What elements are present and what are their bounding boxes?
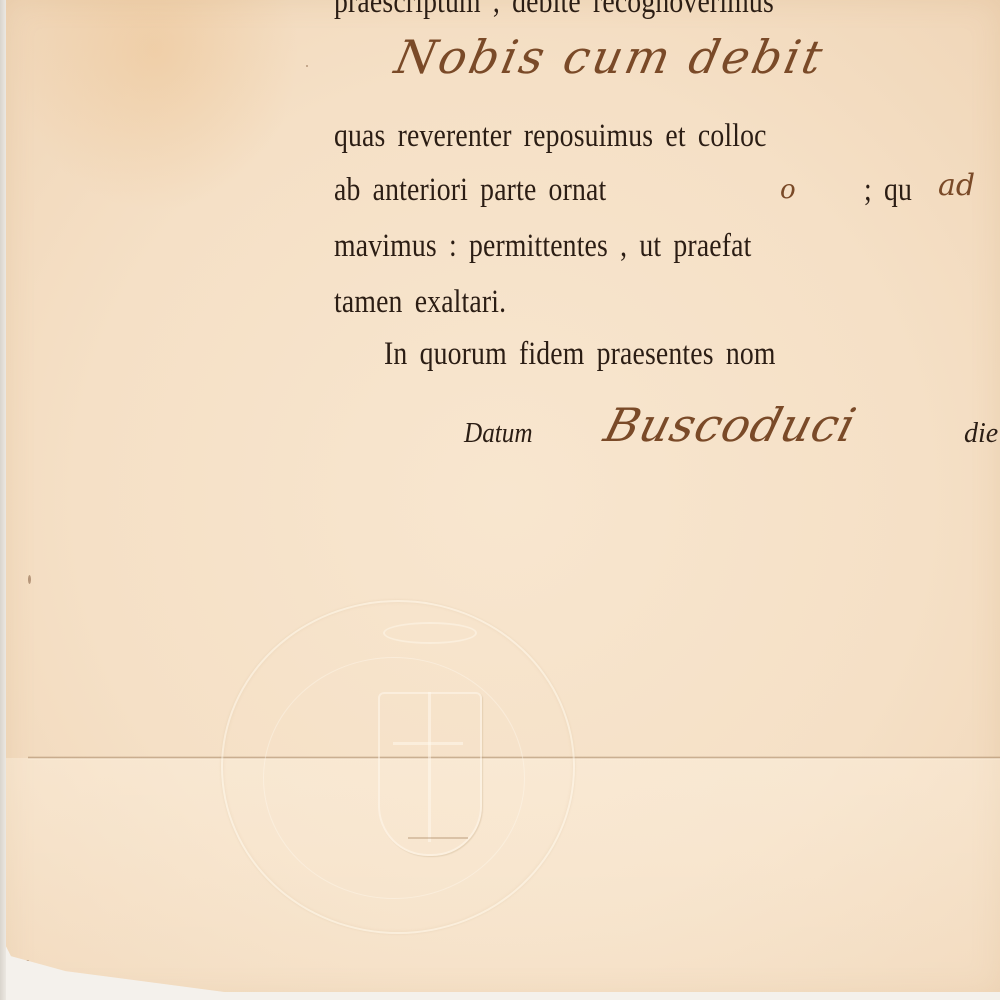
printed-line-4: mavimus : permittentes , ut praefat [334, 228, 752, 265]
printed-line-3b: ; qu [864, 172, 912, 209]
ink-speck [306, 65, 308, 67]
ink-speck [28, 575, 31, 584]
printed-line-6: In quorum fidem praesentes nom [384, 336, 776, 373]
seal-hat-icon [383, 622, 477, 644]
document-page: praescriptum , debite recognoverimus Nob… [6, 0, 1000, 996]
seal-cross-icon [428, 692, 431, 842]
printed-line-1: praescriptum , debite recognoverimus [334, 0, 774, 21]
datum-label: Datum [464, 418, 533, 450]
seal-cross-bar [393, 742, 463, 745]
die-label: die [964, 418, 998, 450]
printed-line-5: tamen exaltari. [334, 284, 506, 321]
handwritten-ornat-suffix: o [780, 175, 796, 205]
handwritten-place: Buscoduci [599, 398, 863, 452]
embossed-seal-icon [221, 600, 575, 934]
printed-line-2: quas reverenter reposuimus et colloc [334, 118, 767, 155]
seal-base-line [408, 837, 468, 839]
handwritten-qu-suffix: ad [938, 168, 975, 203]
ink-speck [26, 960, 29, 963]
handwritten-line-nobis: Nobis cum debit [390, 30, 830, 84]
printed-line-3: ab anteriori parte ornat [334, 172, 606, 209]
page-edge-shadow [0, 0, 6, 1000]
